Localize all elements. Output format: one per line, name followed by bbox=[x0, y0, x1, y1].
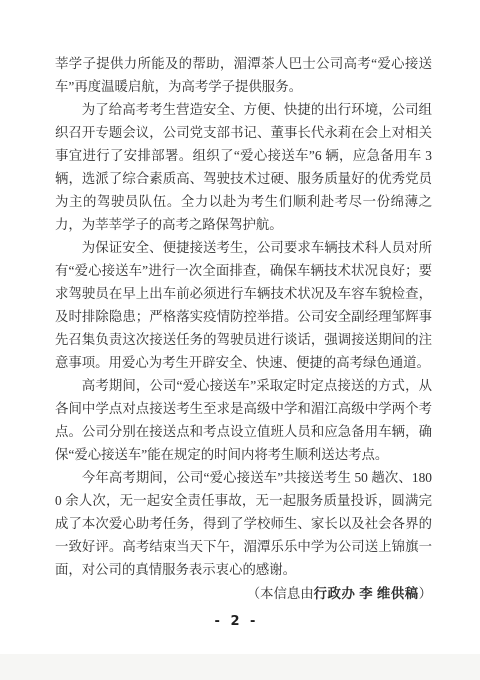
paragraph-results-summary: 今年高考期间，公司“爱心接送车”共接送考生 50 趟次、1800 余人次，无一起… bbox=[55, 466, 432, 581]
paragraph-continuation: 莘学子提供力所能及的帮助，湄潭茶人巴士公司高考“爱心接送车”再度温暖启航，为高考… bbox=[55, 52, 432, 98]
byline-suffix: ） bbox=[419, 586, 432, 601]
paragraph-safety-inspection: 为保证安全、便捷接送考生，公司要求车辆技术科人员对所有“爱心接送车”进行一次全面… bbox=[55, 236, 432, 374]
scan-bottom-edge bbox=[0, 654, 480, 680]
byline-prefix: （本信息由 bbox=[247, 586, 314, 601]
document-page: 莘学子提供力所能及的帮助，湄潭茶人巴士公司高考“爱心接送车”再度温暖启航，为高考… bbox=[0, 0, 480, 680]
byline-credit: 行政办 李 维供稿 bbox=[314, 586, 419, 601]
document-body: 莘学子提供力所能及的帮助，湄潭茶人巴士公司高考“爱心接送车”再度温暖启航，为高考… bbox=[55, 52, 432, 629]
paragraph-meeting-arrangement: 为了给高考考生营造安全、方便、快捷的出行环境，公司组织召开专题会议，公司党支部书… bbox=[55, 98, 432, 236]
byline: （本信息由行政办 李 维供稿） bbox=[55, 582, 432, 605]
paragraph-shuttle-operation: 高考期间，公司“爱心接送车”采取定时定点接送的方式，从各间中学点对点接送考生至求… bbox=[55, 374, 432, 466]
page-number: - 2 - bbox=[55, 614, 418, 629]
